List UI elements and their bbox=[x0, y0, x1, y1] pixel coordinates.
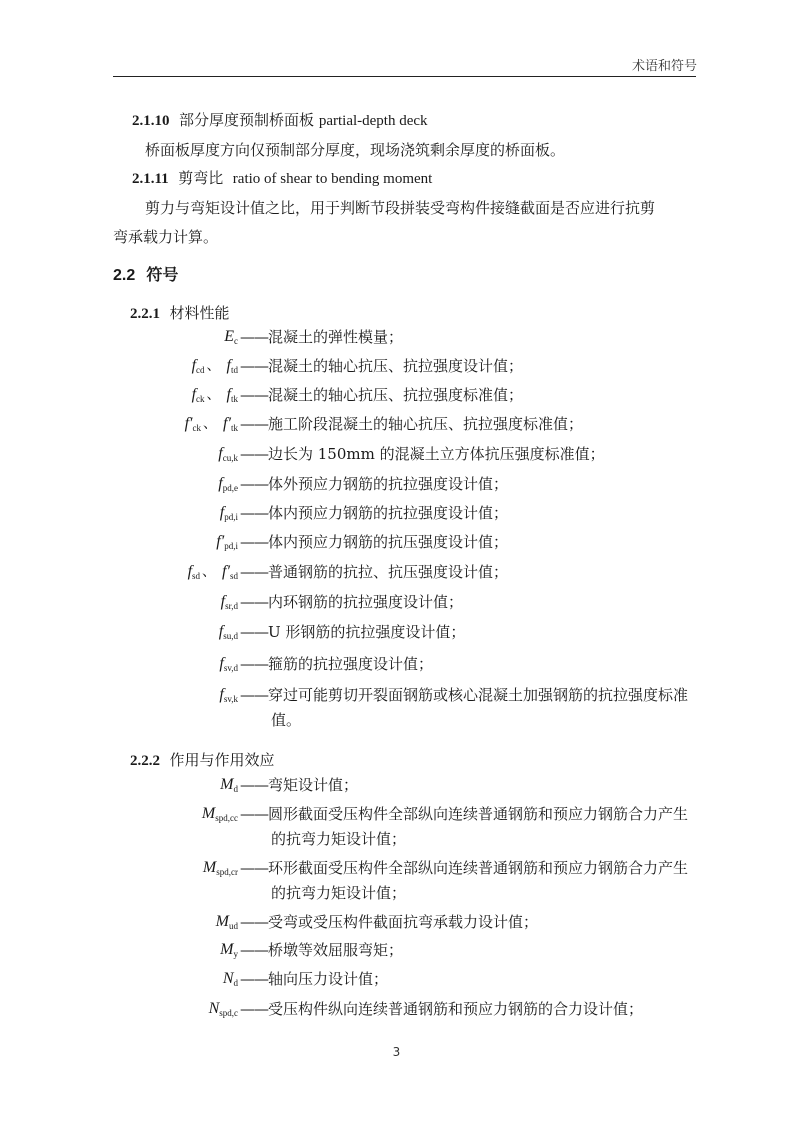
symbol-description: 箍筋的抗拉强度设计值； bbox=[268, 655, 433, 673]
subsection-heading-2-2-1: 2.2.1 材料性能 bbox=[130, 303, 230, 324]
symbol: fcu,k bbox=[218, 442, 238, 470]
symbol-row: Mspd,cc ——圆形截面受压构件全部纵向连续普通钢筋和预应力钢筋合力产生 bbox=[0, 802, 720, 826]
section-heading-2-2: 2.2 符号 bbox=[113, 265, 178, 286]
symbol-description: 穿过可能剪切开裂面钢筋或核心混凝土加强钢筋的抗拉强度标准 bbox=[268, 686, 688, 704]
symbol-row: fsd、f′sd ——普通钢筋的抗拉、抗压强度设计值； bbox=[0, 560, 700, 584]
subsection-number: 2.2.1 bbox=[130, 306, 160, 322]
symbol-row: fsu,d ——U 形钢筋的抗拉强度设计值； bbox=[0, 620, 700, 644]
symbol-description: 边长为 150mm 的混凝土立方体抗压强度标准值； bbox=[268, 445, 605, 463]
symbol-row: f′pd,i ——体内预应力钢筋的抗压强度设计值； bbox=[0, 530, 700, 554]
symbol: Mud bbox=[216, 910, 238, 938]
symbol: f′pd,i bbox=[216, 530, 238, 558]
term-zh: 部分厚度预制桥面板 bbox=[179, 111, 314, 129]
symbol-row: Nd ——轴向压力设计值； bbox=[0, 967, 700, 991]
symbol: fsd、f′sd bbox=[188, 560, 238, 588]
subsection-title: 材料性能 bbox=[170, 304, 230, 322]
symbol: fcd、ftd bbox=[192, 354, 238, 382]
term-definition: 剪力与弯矩设计值之比，用于判断节段拼装受弯构件接缝截面是否应进行抗剪 bbox=[145, 198, 655, 218]
symbol-row: fcd、ftd ——混凝土的轴心抗压、抗拉强度设计值； bbox=[0, 354, 700, 378]
symbol-row: My ——桥墩等效屈服弯矩； bbox=[0, 938, 700, 962]
symbol-row: Md ——弯矩设计值； bbox=[0, 773, 700, 797]
symbol: fsv,d bbox=[219, 652, 238, 680]
symbol-description: 桥墩等效屈服弯矩； bbox=[268, 941, 403, 959]
symbol-description: 圆形截面受压构件全部纵向连续普通钢筋和预应力钢筋合力产生 bbox=[268, 805, 688, 823]
symbol-description-cont: 的抗弯力矩设计值； bbox=[271, 829, 406, 849]
term-definition-cont: 弯承载力计算。 bbox=[113, 227, 218, 247]
symbol: fsv,k bbox=[219, 683, 238, 711]
symbol-row: fcu,k ——边长为 150mm 的混凝土立方体抗压强度标准值； bbox=[0, 442, 700, 466]
symbol: fpd,e bbox=[218, 472, 238, 500]
symbol-description-cont: 的抗弯力矩设计值； bbox=[271, 883, 406, 903]
subsection-heading-2-2-2: 2.2.2 作用与作用效应 bbox=[130, 750, 275, 771]
section-number: 2.2 bbox=[113, 267, 135, 284]
symbol-description: 内环钢筋的抗拉强度设计值； bbox=[268, 593, 463, 611]
symbol-description: 受弯或受压构件截面抗弯承载力设计值； bbox=[268, 913, 538, 931]
symbol-row: Mud ——受弯或受压构件截面抗弯承载力设计值； bbox=[0, 910, 700, 934]
symbol: f′ck、f′tk bbox=[185, 412, 238, 440]
symbol-description: 弯矩设计值； bbox=[268, 776, 358, 794]
term-number: 2.1.11 bbox=[132, 171, 169, 187]
symbol-description: 混凝土的轴心抗压、抗拉强度标准值； bbox=[268, 386, 523, 404]
symbol-description: 混凝土的弹性模量； bbox=[268, 328, 403, 346]
term-definition: 桥面板厚度方向仅预制部分厚度，现场浇筑剩余厚度的桥面板。 bbox=[145, 140, 565, 160]
section-title: 符号 bbox=[146, 265, 178, 284]
symbol: Md bbox=[220, 773, 238, 801]
symbol: fsu,d bbox=[219, 620, 238, 648]
symbol-row: fpd,i ——体内预应力钢筋的抗拉强度设计值； bbox=[0, 501, 700, 525]
symbol-description: 轴向压力设计值； bbox=[268, 970, 388, 988]
symbol-description-cont: 值。 bbox=[271, 710, 301, 730]
symbol-row: fsv,k ——穿过可能剪切开裂面钢筋或核心混凝土加强钢筋的抗拉强度标准 bbox=[0, 683, 720, 707]
symbol-row: Mspd,cr ——环形截面受压构件全部纵向连续普通钢筋和预应力钢筋合力产生 bbox=[0, 856, 720, 880]
symbol: fck、ftk bbox=[192, 383, 238, 411]
symbol-row: fsr,d ——内环钢筋的抗拉强度设计值； bbox=[0, 590, 700, 614]
term-zh: 剪弯比 bbox=[178, 169, 223, 187]
symbol-row: Nspd,c ——受压构件纵向连续普通钢筋和预应力钢筋的合力设计值； bbox=[0, 997, 720, 1021]
symbol: Ec bbox=[224, 325, 238, 353]
symbol-description: 施工阶段混凝土的轴心抗压、抗拉强度标准值； bbox=[268, 415, 583, 433]
symbol-description: 体内预应力钢筋的抗拉强度设计值； bbox=[268, 504, 508, 522]
symbol-description: 混凝土的轴心抗压、抗拉强度设计值； bbox=[268, 357, 523, 375]
symbol-description: 受压构件纵向连续普通钢筋和预应力钢筋的合力设计值； bbox=[268, 1000, 643, 1018]
symbol-row: fck、ftk ——混凝土的轴心抗压、抗拉强度标准值； bbox=[0, 383, 700, 407]
term-number: 2.1.10 bbox=[132, 113, 170, 129]
page-number: 3 bbox=[0, 1045, 793, 1059]
symbol-row: f′ck、f′tk ——施工阶段混凝土的轴心抗压、抗拉强度标准值； bbox=[0, 412, 700, 436]
symbol: Mspd,cc bbox=[202, 802, 238, 830]
symbol-row: fpd,e ——体外预应力钢筋的抗拉强度设计值； bbox=[0, 472, 700, 496]
subsection-title: 作用与作用效应 bbox=[170, 751, 275, 769]
header-rule bbox=[113, 76, 696, 77]
symbol-description: U 形钢筋的抗拉强度设计值； bbox=[268, 623, 465, 641]
symbol-row: Ec ——混凝土的弹性模量； bbox=[0, 325, 700, 349]
symbol: My bbox=[220, 938, 238, 966]
symbol: Mspd,cr bbox=[203, 856, 238, 884]
symbol-description: 环形截面受压构件全部纵向连续普通钢筋和预应力钢筋合力产生 bbox=[268, 859, 688, 877]
running-header: 术语和符号 bbox=[632, 55, 697, 74]
subsection-number: 2.2.2 bbox=[130, 753, 160, 769]
term-2-1-11: 2.1.11 剪弯比 ratio of shear to bending mom… bbox=[132, 168, 432, 189]
term-en: partial-depth deck bbox=[319, 113, 428, 129]
symbol: Nd bbox=[223, 967, 238, 995]
symbol-description: 普通钢筋的抗拉、抗压强度设计值； bbox=[268, 563, 508, 581]
symbol: Nspd,c bbox=[209, 997, 238, 1025]
symbol: fsr,d bbox=[221, 590, 238, 618]
symbol-description: 体外预应力钢筋的抗拉强度设计值； bbox=[268, 475, 508, 493]
symbol: fpd,i bbox=[220, 501, 238, 529]
term-2-1-10: 2.1.10 部分厚度预制桥面板 partial-depth deck bbox=[132, 110, 428, 131]
symbol-row: fsv,d ——箍筋的抗拉强度设计值； bbox=[0, 652, 700, 676]
term-en: ratio of shear to bending moment bbox=[233, 171, 433, 187]
symbol-description: 体内预应力钢筋的抗压强度设计值； bbox=[268, 533, 508, 551]
